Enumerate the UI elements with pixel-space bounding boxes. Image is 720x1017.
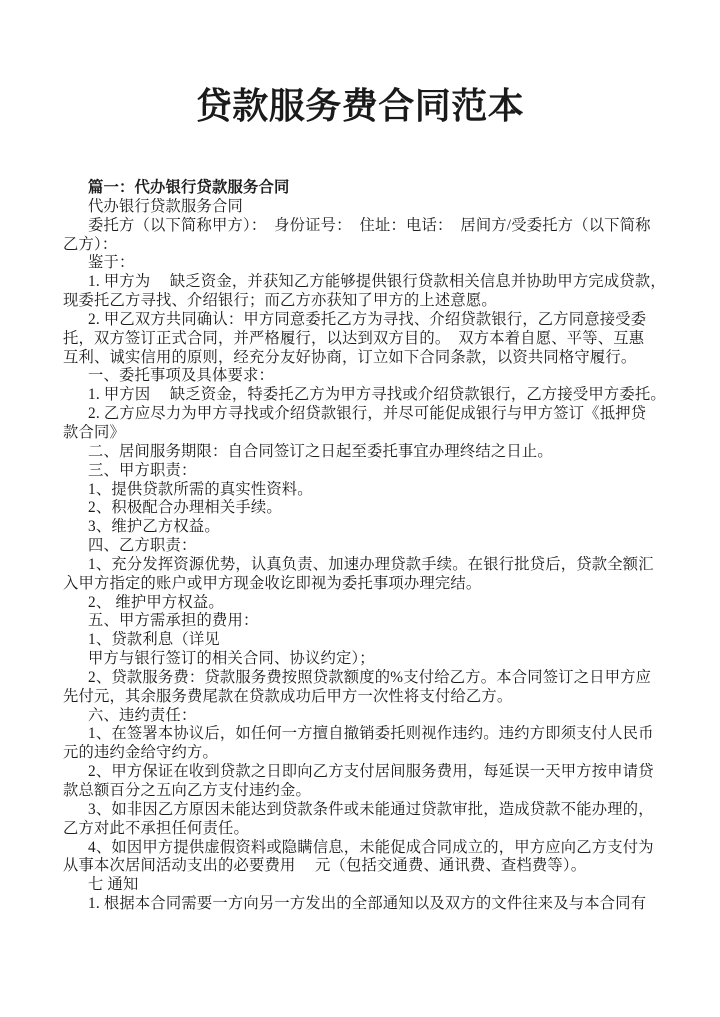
doc-line: 元的违约金给守约方。 (63, 744, 663, 763)
doc-line: 四、乙方职责： (63, 537, 663, 556)
doc-line: 一、委托事项及具体要求： (63, 367, 663, 386)
doc-line: 2、积极配合办理相关手续。 (63, 499, 663, 518)
doc-line: 托，双方签订正式合同，并严格履行，以达到双方目的。 双方本着自愿、平等、互惠 (63, 330, 663, 349)
doc-line: 现委托乙方寻找、介绍银行；而乙方亦获知了甲方的上述意愿。 (63, 292, 663, 311)
doc-line: 1、贷款利息（详见 (63, 631, 663, 650)
doc-line: 二、居间服务期限：自合同签订之日起至委托事宜办理终结之日止。 (63, 443, 663, 462)
doc-line: 三、甲方职责： (63, 462, 663, 481)
doc-line: 先付元，其余服务费尾款在贷款成功后甲方一次性将支付给乙方。 (63, 688, 663, 707)
doc-line: 篇一：代办银行贷款服务合同 (63, 179, 663, 198)
doc-line: 1. 甲方为 缺乏资金，并获知乙方能够提供银行贷款相关信息并协助甲方完成贷款， (63, 273, 663, 292)
document-title: 贷款服务费合同范本 (0, 84, 720, 128)
doc-line: 鉴于： (63, 254, 663, 273)
doc-line: 款总额百分之五向乙方支付违约金。 (63, 782, 663, 801)
doc-line: 2. 甲乙双方共同确认：甲方同意委托乙方为寻找、介绍贷款银行，乙方同意接受委 (63, 311, 663, 330)
doc-line: 3、维护乙方权益。 (63, 518, 663, 537)
doc-line: 五、甲方需承担的费用： (63, 612, 663, 631)
doc-line: 1、充分发挥资源优势，认真负责、加速办理贷款手续。在银行批贷后，贷款全额汇 (63, 556, 663, 575)
doc-line: 2、贷款服务费：贷款服务费按照贷款额度的%支付给乙方。本合同签订之日甲方应 (63, 669, 663, 688)
doc-line: 4、如因甲方提供虚假资料或隐瞒信息，未能促成合同成立的，甲方应向乙方支付为 (63, 839, 663, 858)
document-body: 篇一：代办银行贷款服务合同代办银行贷款服务合同委托方（以下简称甲方）： 身份证号… (63, 179, 663, 914)
doc-line: 乙方对此不承担任何责任。 (63, 820, 663, 839)
doc-line: 1. 根据本合同需要一方向另一方发出的全部通知以及双方的文件往来及与本合同有 (63, 895, 663, 914)
doc-line: 从事本次居间活动支出的必要费用 元（包括交通费、通讯费、查档费等）。 (63, 857, 663, 876)
doc-line: 入甲方指定的账户或甲方现金收讫即视为委托事项办理完结。 (63, 575, 663, 594)
doc-line: 代办银行贷款服务合同 (63, 198, 663, 217)
doc-line: 2. 乙方应尽力为甲方寻找或介绍贷款银行，并尽可能促成银行与甲方签订《抵押贷 (63, 405, 663, 424)
doc-line: 委托方（以下简称甲方）： 身份证号： 住址：电话： 居间方/受委托方（以下简称 (63, 217, 663, 236)
doc-line: 七 通知 (63, 876, 663, 895)
doc-line: 互利、诚实信用的原则，经充分友好协商，订立如下合同条款，以资共同格守履行。 (63, 349, 663, 368)
doc-line: 乙方）： (63, 236, 663, 255)
doc-line: 款合同》 (63, 424, 663, 443)
doc-line: 1、在签署本协议后，如任何一方擅自撤销委托则视作违约。违约方即须支付人民币 (63, 725, 663, 744)
document-page: 贷款服务费合同范本 篇一：代办银行贷款服务合同代办银行贷款服务合同委托方（以下简… (0, 0, 720, 1017)
doc-line: 2、甲方保证在收到贷款之日即向乙方支付居间服务费用，每延误一天甲方按申请贷 (63, 763, 663, 782)
doc-line: 甲方与银行签订的相关合同、协议约定）； (63, 650, 663, 669)
doc-line: 3、如非因乙方原因未能达到贷款条件或未能通过贷款审批，造成贷款不能办理的， (63, 801, 663, 820)
doc-line: 1、提供贷款所需的真实性资料。 (63, 481, 663, 500)
doc-line: 六、违约责任： (63, 707, 663, 726)
doc-line: 2、 维护甲方权益。 (63, 594, 663, 613)
doc-line: 1. 甲方因 缺乏资金，特委托乙方为甲方寻找或介绍贷款银行，乙方接受甲方委托。 (63, 386, 663, 405)
